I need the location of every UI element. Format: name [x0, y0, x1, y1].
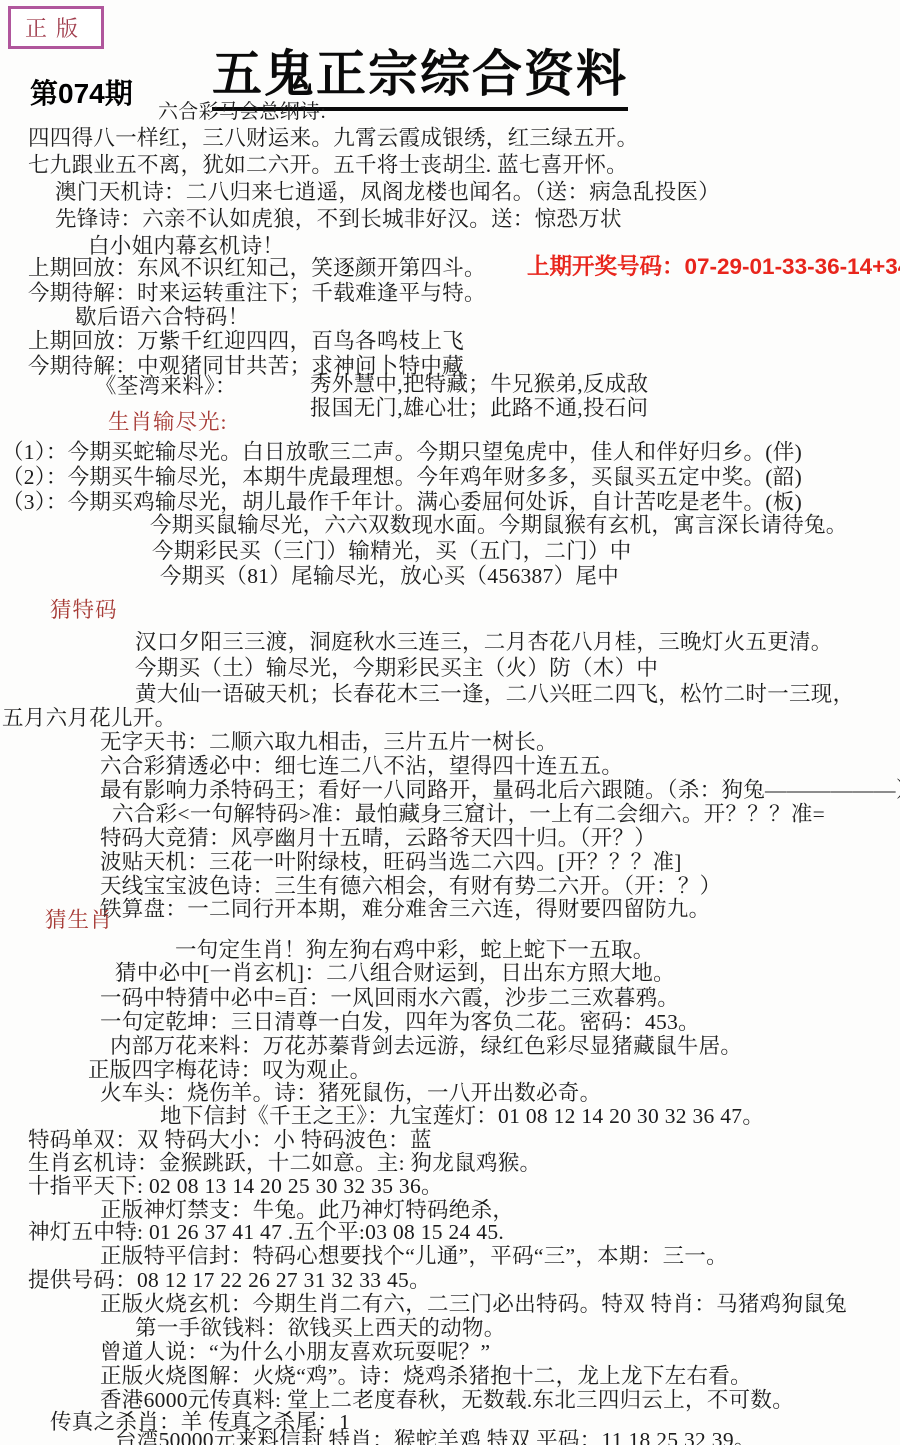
- text-line: 内部万花来料：万花苏蓁背剑去远游，绿红色彩尽显猪藏鼠牛居。: [110, 1034, 742, 1059]
- text-line: 汉口夕阳三三渡，洞庭秋水三连三，二月杏花八月桂，三晚灯火五更清。: [135, 630, 833, 655]
- text-line: 地下信封《千王之王》：九宝莲灯：01 08 12 14 20 30 32 36 …: [160, 1104, 764, 1129]
- text-line: 正版四字梅花诗：叹为观止。: [88, 1058, 371, 1083]
- text-line: 上期回放：东风不识红知己，笑逐颜开第四斗。: [28, 256, 486, 281]
- text-line: 正版特平信封：特码心想要找个“儿通”，平码“三”，本期：三一。: [100, 1244, 728, 1269]
- text-line: 六合彩猜透必中：细七连二八不沾，望得四十连五五。: [100, 754, 623, 779]
- text-line: 特码大竞猜：风亭幽月十五晴，云路爷天四十归。（开？）: [100, 826, 656, 851]
- text-line: 最有影响力杀特码王；看好一八同路开，量码北后六跟随。（杀：狗兔——————）: [100, 778, 900, 803]
- poem-line: 四四得八一样红，三八财运来。九霄云霞成银绣，红三绿五开。: [28, 126, 638, 151]
- text-line: 无字天书：二顺六取九相击，三片五片一树长。: [100, 730, 558, 755]
- text-line: 今期买（81）尾输尽光，放心买（456387）尾中: [160, 564, 619, 589]
- text-line: 波贴天机：三花一叶附绿枝，旺码当选二六四。[开？？？准]: [100, 850, 682, 875]
- scanned-lottery-sheet: 正版 五鬼正宗综合资料 第074期 六合彩马会总纲诗: 四四得八一样红，三八财运…: [0, 0, 900, 1445]
- section-heading-caishengxiao: 猜生肖: [45, 908, 113, 933]
- section-heading-shengxiao: 生肖输尽光:: [108, 410, 227, 435]
- text-line: 十指平天下: 02 08 13 14 20 25 30 32 35 36。: [28, 1174, 443, 1199]
- text-line: 今期待解：时来运转重注下；千载难逢平与特。: [28, 281, 486, 306]
- text-line: 神灯五中特: 01 26 37 41 47 .五个平:03 08 15 24 4…: [28, 1220, 504, 1245]
- numbered-line: （1）：今期买蛇输尽光。白日放歌三二声。今期只望兔虎中，佳人和伴好归乡。(伴): [2, 440, 802, 465]
- text-line: 曾道人说：“为什么小朋友喜欢玩耍呢？”: [100, 1340, 490, 1365]
- issue-number: 第074期: [30, 72, 133, 112]
- text-line: 一句定生肖！狗左狗右鸡中彩，蛇上蛇下一五取。: [175, 938, 655, 963]
- poem-line: 先锋诗：六亲不认如虎狼，不到长城非好汉。送：惊恐万状: [55, 207, 622, 232]
- text-line: 黄大仙一语破天机；长春花木三一逢，二八兴旺二四飞，松竹二时一三现，: [135, 682, 854, 707]
- text-line: 台湾50000元来料信封 特肖：猴蛇羊鸡 特双 平码：11 18 25 32 3…: [115, 1428, 756, 1445]
- numbered-line: （2）：今期买牛输尽光，本期牛虎最理想。今年鸡年财多多，买鼠买五定中奖。(韶): [2, 465, 802, 490]
- text-line: 正版火烧玄机：今期生肖二有六，二三门必出特码。特双 特肖：马猪鸡狗鼠兔: [100, 1292, 847, 1317]
- text-line: 秀外慧中,把特藏；牛兄猴弟,反成敌: [310, 372, 648, 397]
- text-line: 歇后语六合特码！: [75, 305, 249, 330]
- text-line: 特码单双：双 特码大小：小 特码波色：蓝: [28, 1128, 432, 1153]
- text-line: 铁算盘：一二同行开本期，难分难舍三六连，得财要四留防九。: [100, 897, 710, 922]
- text-line: 一码中特猜中必中=百：一风回雨水六霞，沙步二三欢暮鸦。: [100, 986, 679, 1011]
- text-line: 第一手欲钱料：欲钱买上西天的动物。: [135, 1316, 506, 1341]
- text-line: 生肖玄机诗：金猴跳跃，十二如意。主: 狗龙鼠鸡猴。: [28, 1151, 541, 1176]
- text-line: 六合彩马会总纲诗:: [158, 100, 326, 125]
- text-line: 今期彩民买（三门）输精光，买（五门，二门）中: [152, 539, 632, 564]
- text-line: 六合彩<一句解特码>准：最怕藏身三窟计，一上有二会细六。开？？？准=: [112, 802, 825, 827]
- poem-line: 七九跟业五不离，犹如二六开。五千将士丧胡尘. 蓝七喜开怀。: [28, 153, 628, 178]
- text-line: 一句定乾坤：三日清尊一白发，四年为客负二花。密码：453。: [100, 1010, 700, 1035]
- text-line: 天线宝宝波色诗：三生有德六相会，有财有势二六开。（开：？）: [100, 874, 721, 899]
- text-line: 今期买（土）输尽光，今期彩民买主（火）防（木）中: [135, 656, 658, 681]
- text-line: 火车头：烧伤羊。诗：猪死鼠伤，一八开出数必奇。: [100, 1081, 601, 1106]
- text-line: 正版火烧图解：火烧“鸡”。诗：烧鸡杀猪抱十二，龙上龙下左右看。: [100, 1364, 752, 1389]
- text-line: 报国无门,雄心壮；此路不通,投石问: [310, 396, 648, 421]
- text-line: 《荃湾来料》：: [95, 374, 237, 399]
- poem-line: 澳门天机诗：二八归来七逍遥，凤阁龙楼也闻名。（送：病急乱投医）: [55, 180, 720, 205]
- text-line: 上期回放：万紫千红迎四四，百鸟各鸣枝上飞: [28, 329, 464, 354]
- authenticity-badge: 正版: [8, 6, 104, 49]
- text-line: 猜中必中[一肖玄机]：二八组合财运到，日出东方照大地。: [115, 961, 675, 986]
- text-line: 提供号码：08 12 17 22 26 27 31 32 33 45。: [28, 1268, 431, 1293]
- text-line: 今期买鼠输尽光，六六双数现水面。今期鼠猴有玄机，寓言深长请待兔。: [150, 513, 848, 538]
- text-line: 五月六月花儿开。: [2, 706, 176, 731]
- section-heading-caitema: 猜特码: [50, 598, 118, 623]
- numbered-line: （3）：今期买鸡输尽光，胡儿最作千年计。满心委屈何处诉，自计苦吃是老牛。(板): [2, 490, 802, 515]
- last-draw-numbers: 上期开奖号码：07-29-01-33-36-14+34: [527, 249, 900, 281]
